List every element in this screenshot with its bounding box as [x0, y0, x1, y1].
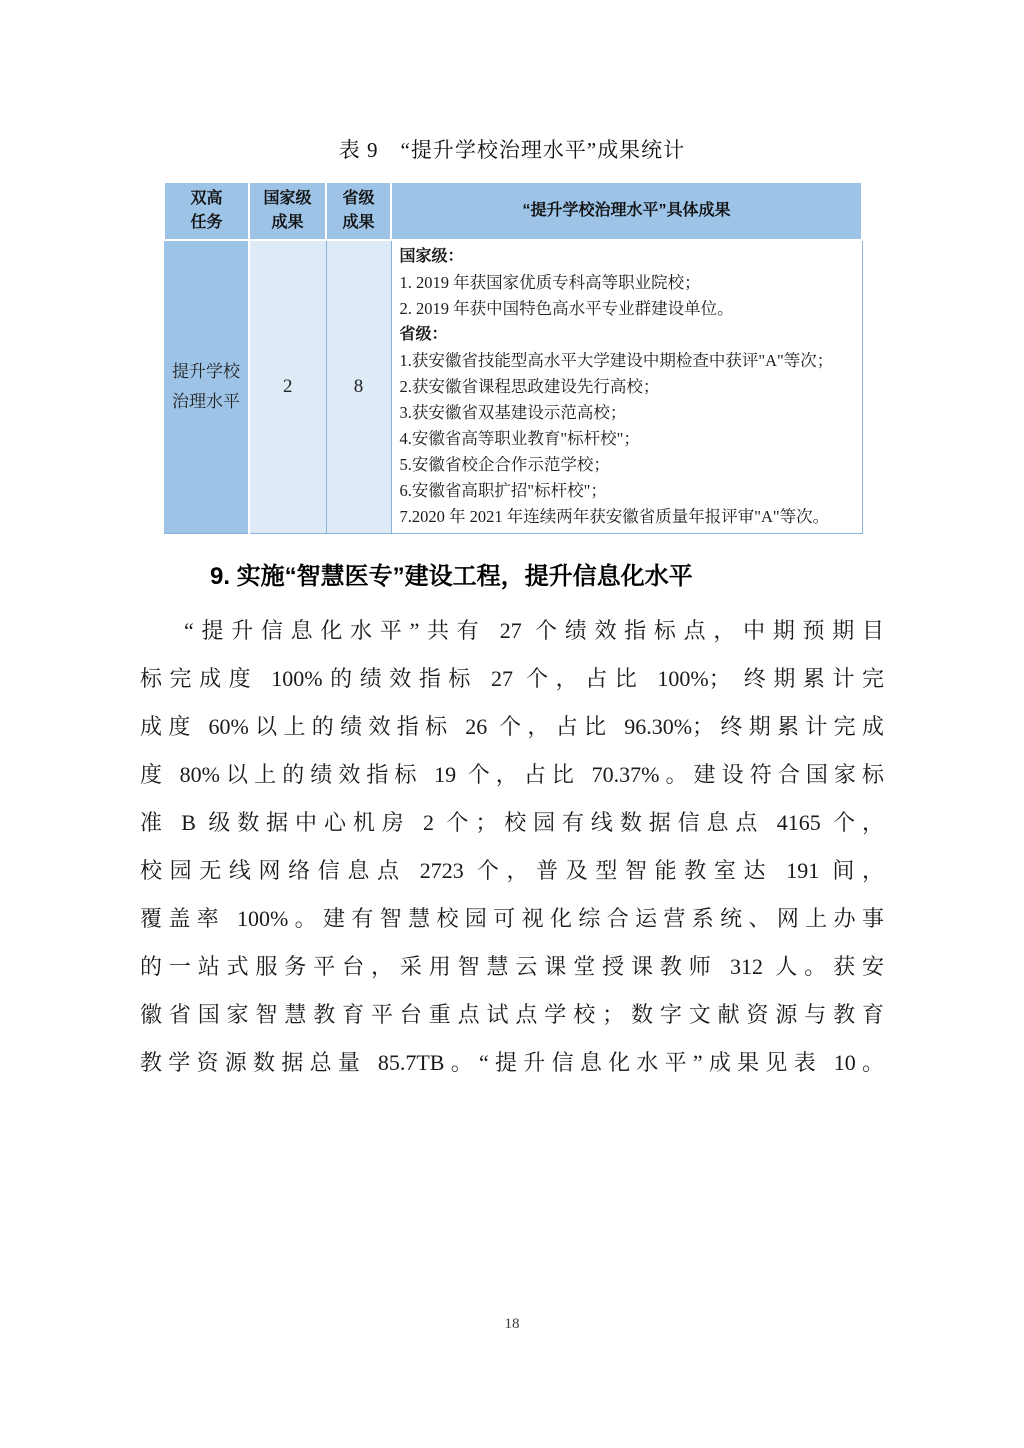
table-row: 提升学校 治理水平 2 8 国家级： 1. 2019 年获国家优质专科高等职业院… [164, 240, 862, 534]
achievements-table: 双高 任务 国家级 成果 省级 成果 “提升学校治理水平”具体成果 提升学校 治… [163, 181, 863, 534]
paragraph-line: 校园无线网络信息点 2723 个，普及型智能教室达 191 间， [140, 847, 884, 895]
detail-line: 2.获安徽省课程思政建设先行高校； [400, 374, 856, 400]
paragraph-line: 覆盖率 100%。建有智慧校园可视化综合运营系统、网上办事 [140, 895, 884, 943]
document-page: 表 9 “提升学校治理水平”成果统计 双高 任务 国家级 成果 省级 成果 “提… [0, 0, 1024, 1448]
detail-line: 5.安徽省校企合作示范学校； [400, 452, 856, 478]
cell-details: 国家级： 1. 2019 年获国家优质专科高等职业院校； 2. 2019 年获中… [391, 240, 862, 534]
header-dual-task: 双高 任务 [164, 182, 249, 240]
detail-line: 国家级： [400, 244, 856, 270]
detail-line: 6.安徽省高职扩招"标杆校"； [400, 478, 856, 504]
detail-line: 4.安徽省高等职业教育"标杆校"； [400, 426, 856, 452]
detail-line: 2. 2019 年获中国特色高水平专业群建设单位。 [400, 296, 856, 322]
paragraph-line: 徽省国家智慧教育平台重点试点学校；数字文献资源与教育 [140, 991, 884, 1039]
header-national-achievements: 国家级 成果 [249, 182, 326, 240]
section-heading: 9. 实施“智慧医专”建设工程，提升信息化水平 [210, 556, 1024, 591]
paragraph-line: 准 B 级数据中心机房 2 个；校园有线数据信息点 4165 个， [140, 799, 884, 847]
paragraph-line: 度 80%以上的绩效指标 19 个，占比 70.37%。建设符合国家标 [140, 751, 884, 799]
detail-line: 3.获安徽省双基建设示范高校； [400, 400, 856, 426]
cell-task-name: 提升学校 治理水平 [164, 240, 249, 534]
detail-line: 1.获安徽省技能型高水平大学建设中期检查中获评"A"等次； [400, 348, 856, 374]
detail-line: 7.2020 年 2021 年连续两年获安徽省质量年报评审"A"等次。 [400, 504, 856, 530]
paragraph-line: 教学资源数据总量 85.7TB。“提升信息化水平”成果见表 10。 [140, 1039, 884, 1087]
paragraph-line: 的一站式服务平台，采用智慧云课堂授课教师 312 人。获安 [140, 943, 884, 991]
table-caption: 表 9 “提升学校治理水平”成果统计 [0, 0, 1024, 164]
paragraph-line: 标完成度 100%的绩效指标 27 个，占比 100%； 终期累计完 [140, 655, 884, 703]
detail-line: 省级： [400, 322, 856, 348]
page-number: 18 [0, 1316, 1024, 1333]
detail-line: 1. 2019 年获国家优质专科高等职业院校； [400, 270, 856, 296]
header-provincial-achievements: 省级 成果 [326, 182, 391, 240]
section-paragraph: “提升信息化水平”共有 27 个绩效指标点，中期预期目 标完成度 100%的绩效… [140, 607, 884, 1087]
cell-national-count: 2 [249, 240, 326, 534]
paragraph-line: 成度 60%以上的绩效指标 26 个，占比 96.30%；终期累计完成 [140, 703, 884, 751]
table-header-row: 双高 任务 国家级 成果 省级 成果 “提升学校治理水平”具体成果 [164, 182, 862, 240]
cell-provincial-count: 8 [326, 240, 391, 534]
paragraph-line: “提升信息化水平”共有 27 个绩效指标点，中期预期目 [140, 607, 884, 655]
header-specific-achievements: “提升学校治理水平”具体成果 [391, 182, 862, 240]
